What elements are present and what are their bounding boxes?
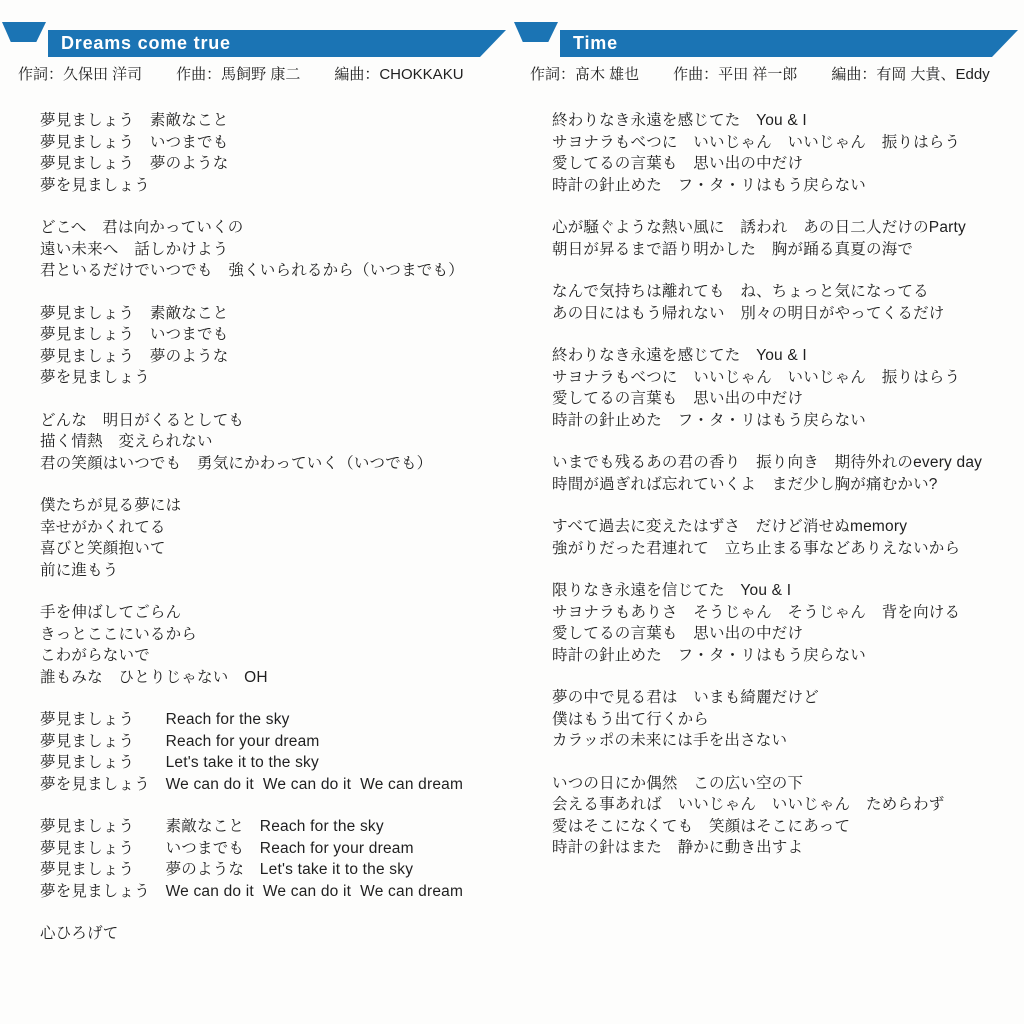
banner-row: Time (512, 22, 1024, 56)
lyric-line: なんで気持ちは離れても ね、ちょっと気になってる (552, 281, 1016, 303)
lyric-line: いまでも残るあの君の香り 振り向き 期待外れのevery day (552, 452, 1016, 474)
stanza: 終わりなき永遠を感じてた You & Iサヨナラもべつに いいじゃん いいじゃん… (552, 110, 1016, 196)
lyric-line: 夢見ましょう 素敵なこと (40, 110, 504, 132)
lyric-line: カラッポの未来には手を出さない (552, 730, 1016, 752)
song-title: Time (573, 34, 618, 54)
stanza: いつの日にか偶然 この広い空の下会える事あれば いいじゃん いいじゃん ためらわ… (552, 773, 1016, 859)
lyric-line: 終わりなき永遠を感じてた You & I (552, 345, 1016, 367)
song-title-banner: Dreams come true (48, 30, 506, 57)
lyric-line: 幸せがかくれてる (40, 517, 504, 539)
arranger-credit: 編曲：有岡 大貴、Eddy (831, 63, 989, 84)
stanza: どこへ 君は向かっていくの遠い未来へ 話しかけよう君といるだけでいつでも 強くい… (40, 217, 504, 282)
lyricist-credit: 作詞：久保田 洋司 (18, 63, 142, 84)
stanza: 夢の中で見る君は いまも綺麗だけど僕はもう出て行くからカラッポの未来には手を出さ… (552, 687, 1016, 752)
lyric-line: 夢見ましょう Reach for the sky (40, 709, 504, 731)
lyric-line: いつの日にか偶然 この広い空の下 (552, 773, 1016, 795)
banner-tab-decoration (2, 22, 46, 42)
lyric-line: 君の笑顔はいつでも 勇気にかわっていく（いつでも） (40, 453, 504, 475)
stanza: 夢見ましょう Reach for the sky夢見ましょう Reach for… (40, 709, 504, 795)
lyric-line: 夢の中で見る君は いまも綺麗だけど (552, 687, 1016, 709)
stanza: なんで気持ちは離れても ね、ちょっと気になってるあの日にはもう帰れない 別々の明… (552, 281, 1016, 324)
stanza: どんな 明日がくるとしても描く情熱 変えられない君の笑顔はいつでも 勇気にかわっ… (40, 410, 504, 475)
lyric-line: 時計の針止めた フ・タ・リはもう戻らない (552, 175, 1016, 197)
lyric-line: 朝日が昇るまで語り明かした 胸が踊る真夏の海で (552, 239, 1016, 261)
song-section-time: Time 作詞：髙木 雄也 作曲：平田 祥一郎 編曲：有岡 大貴、Eddy 終わ… (512, 22, 1024, 1024)
credits-line: 作詞：髙木 雄也 作曲：平田 祥一郎 編曲：有岡 大貴、Eddy (512, 63, 1024, 84)
lyric-line: 限りなき永遠を信じてた You & I (552, 580, 1016, 602)
lyric-line: 終わりなき永遠を感じてた You & I (552, 110, 1016, 132)
credits-line: 作詞：久保田 洋司 作曲：馬飼野 康二 編曲：CHOKKAKU (0, 63, 512, 84)
lyric-line: サヨナラもありさ そうじゃん そうじゃん 背を向ける (552, 602, 1016, 624)
lyric-line: 夢見ましょう 夢のような Let's take it to the sky (40, 859, 504, 881)
lyric-line: 夢見ましょう 素敵なこと Reach for the sky (40, 816, 504, 838)
lyric-line: 遠い未来へ 話しかけよう (40, 239, 504, 261)
lyric-line: 愛はそこになくても 笑顔はそこにあって (552, 816, 1016, 838)
lyrics-body: 終わりなき永遠を感じてた You & Iサヨナラもべつに いいじゃん いいじゃん… (512, 110, 1024, 859)
lyricist-credit: 作詞：髙木 雄也 (530, 63, 639, 84)
lyric-line: あの日にはもう帰れない 別々の明日がやってくるだけ (552, 303, 1016, 325)
lyric-line: 夢を見ましょう We can do it We can do it We can… (40, 774, 504, 796)
lyric-line: 夢を見ましょう (40, 175, 504, 197)
banner-row: Dreams come true (0, 22, 512, 56)
arranger-credit: 編曲：CHOKKAKU (334, 63, 463, 84)
lyric-line: きっとここにいるから (40, 624, 504, 646)
song-section-dreams-come-true: Dreams come true 作詞：久保田 洋司 作曲：馬飼野 康二 編曲：… (0, 22, 512, 1024)
stanza: 夢見ましょう 素敵なこと夢見ましょう いつまでも夢見ましょう 夢のような夢を見ま… (40, 303, 504, 389)
lyric-line: 愛してるの言葉も 思い出の中だけ (552, 388, 1016, 410)
lyric-line: どんな 明日がくるとしても (40, 410, 504, 432)
composer-credit: 作曲：平田 祥一郎 (673, 63, 797, 84)
song-title-banner: Time (560, 30, 1018, 57)
lyric-line: 時間が過ぎれば忘れていくよ まだ少し胸が痛むかい? (552, 474, 1016, 496)
lyric-line: 夢見ましょう 素敵なこと (40, 303, 504, 325)
stanza: 心が騒ぐような熱い風に 誘われ あの日二人だけのParty朝日が昇るまで語り明か… (552, 217, 1016, 260)
lyric-line: 時計の針止めた フ・タ・リはもう戻らない (552, 645, 1016, 667)
stanza: 夢見ましょう 素敵なこと Reach for the sky夢見ましょう いつま… (40, 816, 504, 902)
lyric-line: 夢を見ましょう We can do it We can do it We can… (40, 881, 504, 903)
lyric-line: 夢見ましょう いつまでも (40, 132, 504, 154)
stanza: すべて過去に変えたはずさ だけど消せぬmemory強がりだった君連れて 立ち止ま… (552, 516, 1016, 559)
lyric-line: 手を伸ばしてごらん (40, 602, 504, 624)
lyric-line: どこへ 君は向かっていくの (40, 217, 504, 239)
lyric-line: 夢見ましょう 夢のような (40, 153, 504, 175)
lyric-line: 愛してるの言葉も 思い出の中だけ (552, 153, 1016, 175)
lyric-line: 僕はもう出て行くから (552, 709, 1016, 731)
lyric-line: すべて過去に変えたはずさ だけど消せぬmemory (552, 516, 1016, 538)
lyric-line: 夢見ましょう Reach for your dream (40, 731, 504, 753)
lyric-line: 夢を見ましょう (40, 367, 504, 389)
lyric-line: 喜びと笑顔抱いて (40, 538, 504, 560)
lyric-line: 描く情熱 変えられない (40, 431, 504, 453)
stanza: 限りなき永遠を信じてた You & Iサヨナラもありさ そうじゃん そうじゃん … (552, 580, 1016, 666)
lyric-line: サヨナラもべつに いいじゃん いいじゃん 振りはらう (552, 132, 1016, 154)
lyric-line: 夢見ましょう Let's take it to the sky (40, 752, 504, 774)
lyric-line: 前に進もう (40, 560, 504, 582)
stanza: 手を伸ばしてごらんきっとここにいるからこわがらないで誰もみな ひとりじゃない O… (40, 602, 504, 688)
stanza: 僕たちが見る夢には幸せがかくれてる喜びと笑顔抱いて前に進もう (40, 495, 504, 581)
lyric-line: 君といるだけでいつでも 強くいられるから（いつまでも） (40, 260, 504, 282)
lyric-line: 会える事あれば いいじゃん いいじゃん ためらわず (552, 794, 1016, 816)
stanza: 夢見ましょう 素敵なこと夢見ましょう いつまでも夢見ましょう 夢のような夢を見ま… (40, 110, 504, 196)
lyric-line: 夢見ましょう 夢のような (40, 346, 504, 368)
lyrics-sheet: Dreams come true 作詞：久保田 洋司 作曲：馬飼野 康二 編曲：… (0, 0, 1024, 1024)
lyric-line: 時計の針はまた 静かに動き出すよ (552, 837, 1016, 859)
lyric-line: 心が騒ぐような熱い風に 誘われ あの日二人だけのParty (552, 217, 1016, 239)
lyric-line: 心ひろげて (40, 923, 504, 945)
lyric-line: 強がりだった君連れて 立ち止まる事などありえないから (552, 538, 1016, 560)
lyric-line: 夢見ましょう いつまでも (40, 324, 504, 346)
lyrics-body: 夢見ましょう 素敵なこと夢見ましょう いつまでも夢見ましょう 夢のような夢を見ま… (0, 110, 512, 945)
song-title: Dreams come true (61, 34, 231, 54)
stanza: 終わりなき永遠を感じてた You & Iサヨナラもべつに いいじゃん いいじゃん… (552, 345, 1016, 431)
lyric-line: 僕たちが見る夢には (40, 495, 504, 517)
banner-tab-decoration (514, 22, 558, 42)
composer-credit: 作曲：馬飼野 康二 (176, 63, 300, 84)
stanza: 心ひろげて (40, 923, 504, 945)
lyric-line: 愛してるの言葉も 思い出の中だけ (552, 623, 1016, 645)
lyric-line: 時計の針止めた フ・タ・リはもう戻らない (552, 410, 1016, 432)
lyric-line: 誰もみな ひとりじゃない OH (40, 667, 504, 689)
lyric-line: こわがらないで (40, 645, 504, 667)
lyric-line: 夢見ましょう いつまでも Reach for your dream (40, 838, 504, 860)
stanza: いまでも残るあの君の香り 振り向き 期待外れのevery day時間が過ぎれば忘… (552, 452, 1016, 495)
lyric-line: サヨナラもべつに いいじゃん いいじゃん 振りはらう (552, 367, 1016, 389)
